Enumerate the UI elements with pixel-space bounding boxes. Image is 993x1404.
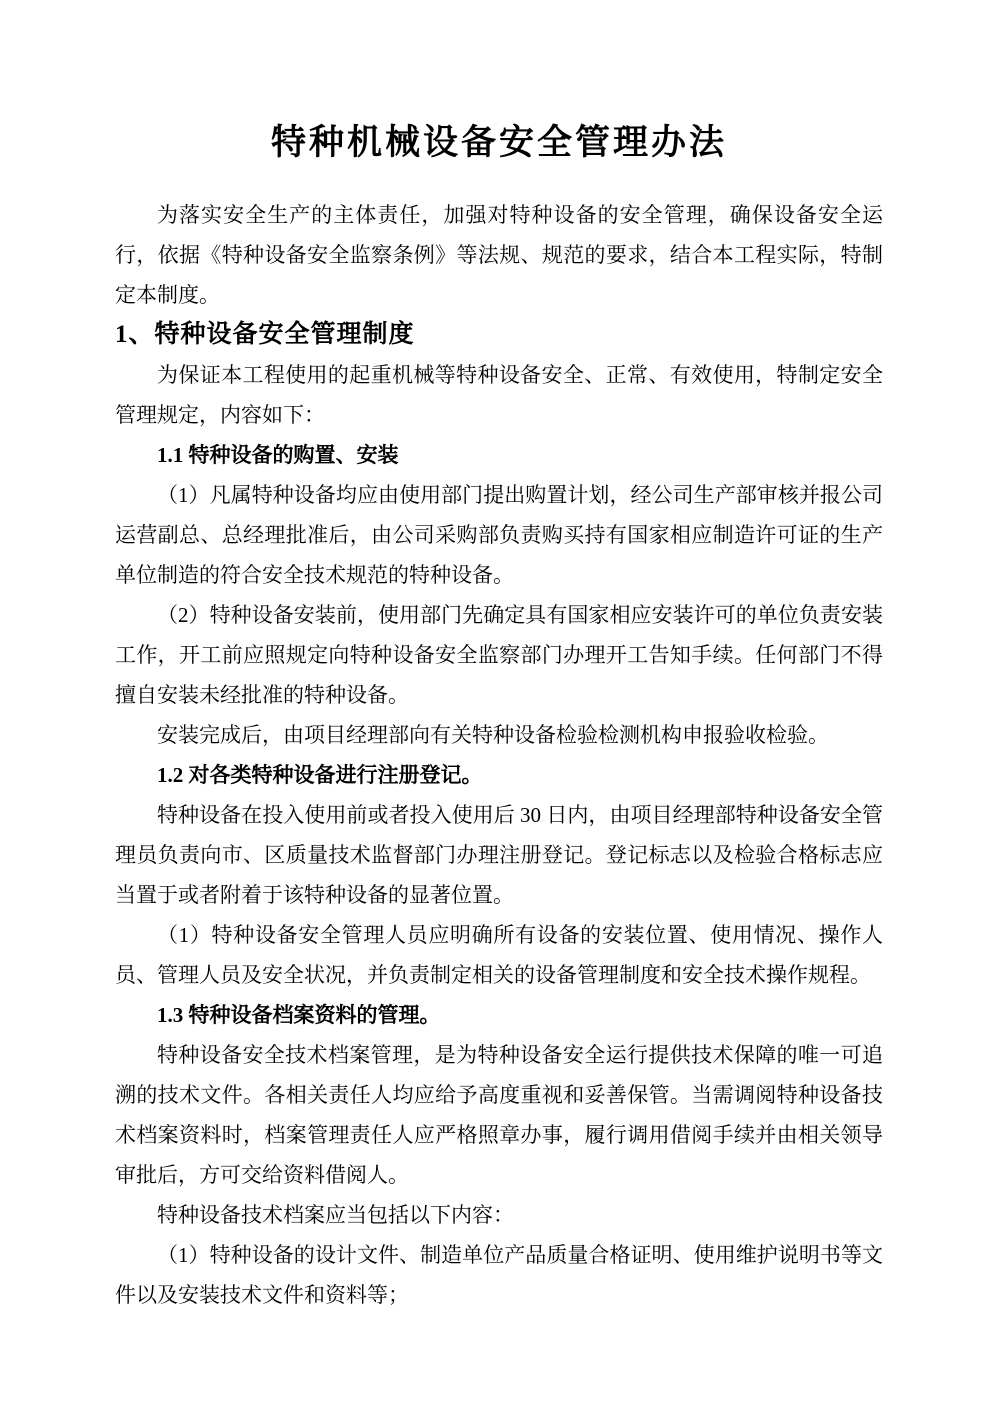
body-paragraph: （1）特种设备安全管理人员应明确所有设备的安装位置、使用情况、操作人员、管理人员… <box>115 915 883 995</box>
body-paragraph: 安装完成后，由项目经理部向有关特种设备检验检测机构申报验收检验。 <box>115 715 883 755</box>
body-paragraph: 特种设备在投入使用前或者投入使用后 30 日内，由项目经理部特种设备安全管理员负… <box>115 795 883 915</box>
body-paragraph: 特种设备安全技术档案管理，是为特种设备安全运行提供技术保障的唯一可追溯的技术文件… <box>115 1035 883 1195</box>
sub-heading: 1.3 特种设备档案资料的管理。 <box>115 995 883 1035</box>
document-page: 特种机械设备安全管理办法 为落实安全生产的主体责任，加强对特种设备的安全管理，确… <box>0 0 993 1404</box>
body-paragraph: 特种设备技术档案应当包括以下内容： <box>115 1195 883 1235</box>
body-paragraph: 为落实安全生产的主体责任，加强对特种设备的安全管理，确保设备安全运行，依据《特种… <box>115 195 883 315</box>
body-paragraph: （1）特种设备的设计文件、制造单位产品质量合格证明、使用维护说明书等文件以及安装… <box>115 1235 883 1315</box>
body-paragraph: 为保证本工程使用的起重机械等特种设备安全、正常、有效使用，特制定安全管理规定，内… <box>115 355 883 435</box>
body-paragraph: （2）特种设备安装前，使用部门先确定具有国家相应安装许可的单位负责安装工作，开工… <box>115 595 883 715</box>
body-paragraph: （1）凡属特种设备均应由使用部门提出购置计划，经公司生产部审核并报公司运营副总、… <box>115 475 883 595</box>
sub-heading: 1.2 对各类特种设备进行注册登记。 <box>115 755 883 795</box>
document-body: 为落实安全生产的主体责任，加强对特种设备的安全管理，确保设备安全运行，依据《特种… <box>115 195 883 1315</box>
document-title: 特种机械设备安全管理办法 <box>115 115 883 171</box>
section-heading: 1、特种设备安全管理制度 <box>115 315 883 355</box>
sub-heading: 1.1 特种设备的购置、安装 <box>115 435 883 475</box>
